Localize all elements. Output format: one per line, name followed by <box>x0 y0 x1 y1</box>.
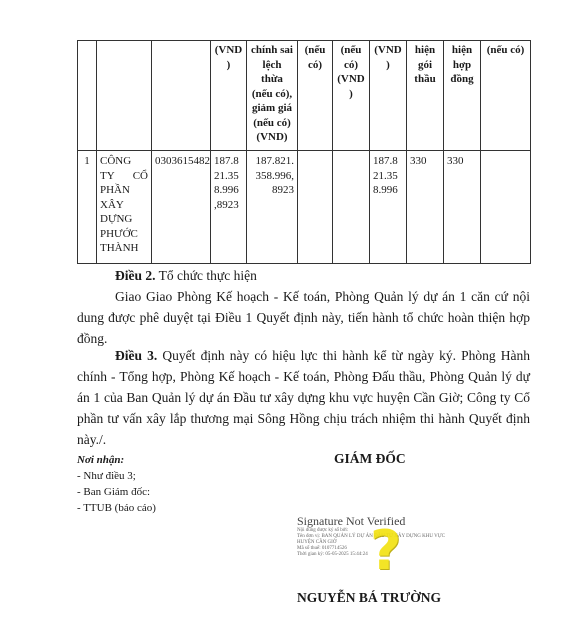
header-cell: (VND ) <box>211 41 247 151</box>
corrected-price: 187.821. 358.996, 8923 <box>247 151 298 264</box>
question-mark-icon: ? <box>370 524 401 578</box>
article-2-label: Điều 2. <box>115 268 156 283</box>
table-row: 1 CÔNG TY CỔ PHẦN XÂY DỰNG PHƯỚC THÀNH 0… <box>78 151 531 264</box>
recipient-item: - Như điều 3; <box>77 468 156 484</box>
header-cell: (nếu có) <box>298 41 333 151</box>
recipient-item: - Ban Giám đốc: <box>77 484 156 500</box>
empty-cell <box>333 151 370 264</box>
signer-name: NGUYỄN BÁ TRƯỜNG <box>297 590 441 606</box>
header-cell <box>78 41 97 151</box>
signer-role: GIÁM ĐỐC <box>334 451 406 467</box>
header-cell <box>152 41 211 151</box>
header-cell: (nếu có) <box>481 41 531 151</box>
header-cell: (nếu có) (VND ) <box>333 41 370 151</box>
header-cell <box>97 41 152 151</box>
header-cell: hiện hợp đồng <box>444 41 481 151</box>
recipients-title: Nơi nhận: <box>77 452 156 468</box>
article-2-heading: Điều 2. Tổ chức thực hiện <box>77 265 530 286</box>
article-3-label: Điều 3. <box>115 348 157 363</box>
notes-cell <box>481 151 531 264</box>
article-2-body: Giao Giao Phòng Kế hoạch - Kế toán, Phòn… <box>77 286 530 349</box>
recipient-item: - TTUB (báo cáo) <box>77 500 156 516</box>
article-3: Điều 3. Quyết định này có hiệu lực thi h… <box>77 345 530 450</box>
row-index: 1 <box>78 151 97 264</box>
article-2-title: Tổ chức thực hiện <box>156 268 257 283</box>
bid-price: 187.8 21.35 8.996 ,8923 <box>211 151 247 264</box>
header-cell: (VND ) <box>370 41 407 151</box>
recipients-block: Nơi nhận: - Như điều 3; - Ban Giám đốc: … <box>77 452 156 516</box>
header-cell: hiện gói thầu <box>407 41 444 151</box>
award-price: 187.8 21.35 8.996 <box>370 151 407 264</box>
empty-cell <box>298 151 333 264</box>
header-cell: chính sai lệch thừa (nếu có), giảm giá (… <box>247 41 298 151</box>
package-duration: 330 <box>407 151 444 264</box>
document-page: (VND ) chính sai lệch thừa (nếu có), giả… <box>0 0 580 624</box>
bidder-name: CÔNG TY CỔ PHẦN XÂY DỰNG PHƯỚC THÀNH <box>97 151 152 264</box>
contract-duration: 330 <box>444 151 481 264</box>
table-header-row: (VND ) chính sai lệch thừa (nếu có), giả… <box>78 41 531 151</box>
tax-code: 0303615482 <box>152 151 211 264</box>
bid-result-table: (VND ) chính sai lệch thừa (nếu có), giả… <box>77 40 531 264</box>
